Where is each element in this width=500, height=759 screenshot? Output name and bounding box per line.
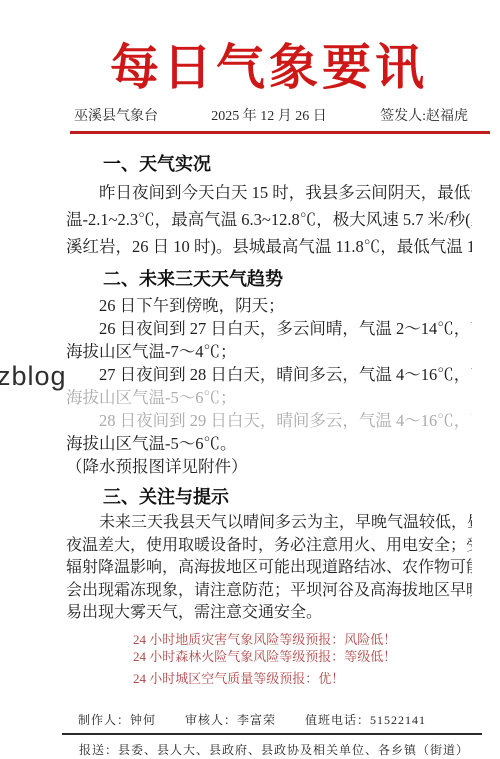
footer-phone: 值班电话：51522141 [305,711,426,728]
body-line: 昨日夜间到今天白天 15 时，我县多云间阴天，最低气 [66,179,472,206]
section3-heading: 三、关注与提示 [103,483,472,509]
body-line: 夜温差大，使用取暖设备时，务必注意用火、用电安全；受 [66,535,472,558]
section2-heading: 二、未来三天天气趋势 [103,265,472,291]
masthead-divider [70,131,490,134]
body-line: 易出现大雾天气，需注意交通安全。 [66,602,472,625]
agency-name: 巫溪县气象台 [74,105,158,125]
forest-fire-risk-line: 24 小时森林火险气象风险等级预报：等级低！ [133,648,472,666]
body-line: 辐射降温影响，高海拔地区可能出现道路结冰、农作物可能 [66,557,472,580]
body-line: 温-2.1~2.3℃，最高气温 6.3~12.8℃，极大风速 5.7 米/秒(巫 [66,206,472,233]
bulletin-page: zblog 每日气象要讯 巫溪县气象台 2025 年 12 月 26 日 签发人… [0,0,500,759]
section-attention-tips: 三、关注与提示 未来三天我县天气以晴间多云为主，早晚气温较低，昼 夜温差大，使用… [66,483,472,625]
body-line: 26 日下午到傍晚，阴天； [66,294,472,317]
section-weather-conditions: 一、天气实况 昨日夜间到今天白天 15 时，我县多云间阴天，最低气 温-2.1~… [66,150,472,260]
body-line: 27 日夜间到 28 日白天，晴间多云，气温 4～16℃，高 [66,363,472,386]
body-line: 26 日夜间到 27 日白天，多云间晴，气温 2～14℃，高 [66,317,472,340]
attachment-note-line: （降水预报图详见附件） [66,455,472,478]
geohazard-risk-line: 24 小时地质灾害气象风险等级预报：风险低！ [133,631,472,649]
site-watermark: zblog [0,361,67,392]
air-quality-line: 24 小时城区空气质量等级预报：优！ [133,670,472,688]
issue-date: 2025 年 12 月 26 日 [211,105,327,125]
risk-forecast-block: 24 小时地质灾害气象风险等级预报：风险低！ 24 小时森林火险气象风险等级预报… [133,631,472,688]
signer-name: 签发人:赵福虎 [380,105,468,125]
footer-reviewer: 审核人：李富荣 [185,711,276,728]
section-three-day-trend: 二、未来三天天气趋势 26 日下午到傍晚，阴天； 26 日夜间到 27 日白天，… [66,265,472,478]
body-line: 海拔山区气温-5～6℃； [66,386,472,409]
masthead-meta-row: 巫溪县气象台 2025 年 12 月 26 日 签发人:赵福虎 [66,105,472,125]
body-line: 28 日夜间到 29 日白天，晴间多云，气温 4～16℃，高 [66,409,472,432]
page-title: 每日气象要讯 [66,42,472,93]
distribution-line: 报送：县委、县人大、县政府、县政协及相关单位、各乡镇（街道） [66,741,472,758]
section1-heading: 一、天气实况 [103,150,472,176]
footer: 制作人：钟何 审核人：李富荣 值班电话：51522141 报送：县委、县人大、县… [66,711,472,758]
footer-maker: 制作人：钟何 [78,711,156,728]
body-line: 海拔山区气温-7～4℃； [66,340,472,363]
bulletin-document: 每日气象要讯 巫溪县气象台 2025 年 12 月 26 日 签发人:赵福虎 一… [0,0,500,758]
body-line: 未来三天我县天气以晴间多云为主，早晚气温较低，昼 [66,512,472,535]
footer-credits-row: 制作人：钟何 审核人：李富荣 值班电话：51522141 [66,711,472,728]
footer-divider [62,733,482,735]
body-line: 会出现霜冻现象，请注意防范；平坝河谷及高海拔地区早晚 [66,580,472,603]
body-line: 海拔山区气温-5～6℃。 [66,432,472,455]
body-line: 溪红岩，26 日 10 时)。县城最高气温 11.8℃，最低气温 1.8℃。 [66,233,472,260]
